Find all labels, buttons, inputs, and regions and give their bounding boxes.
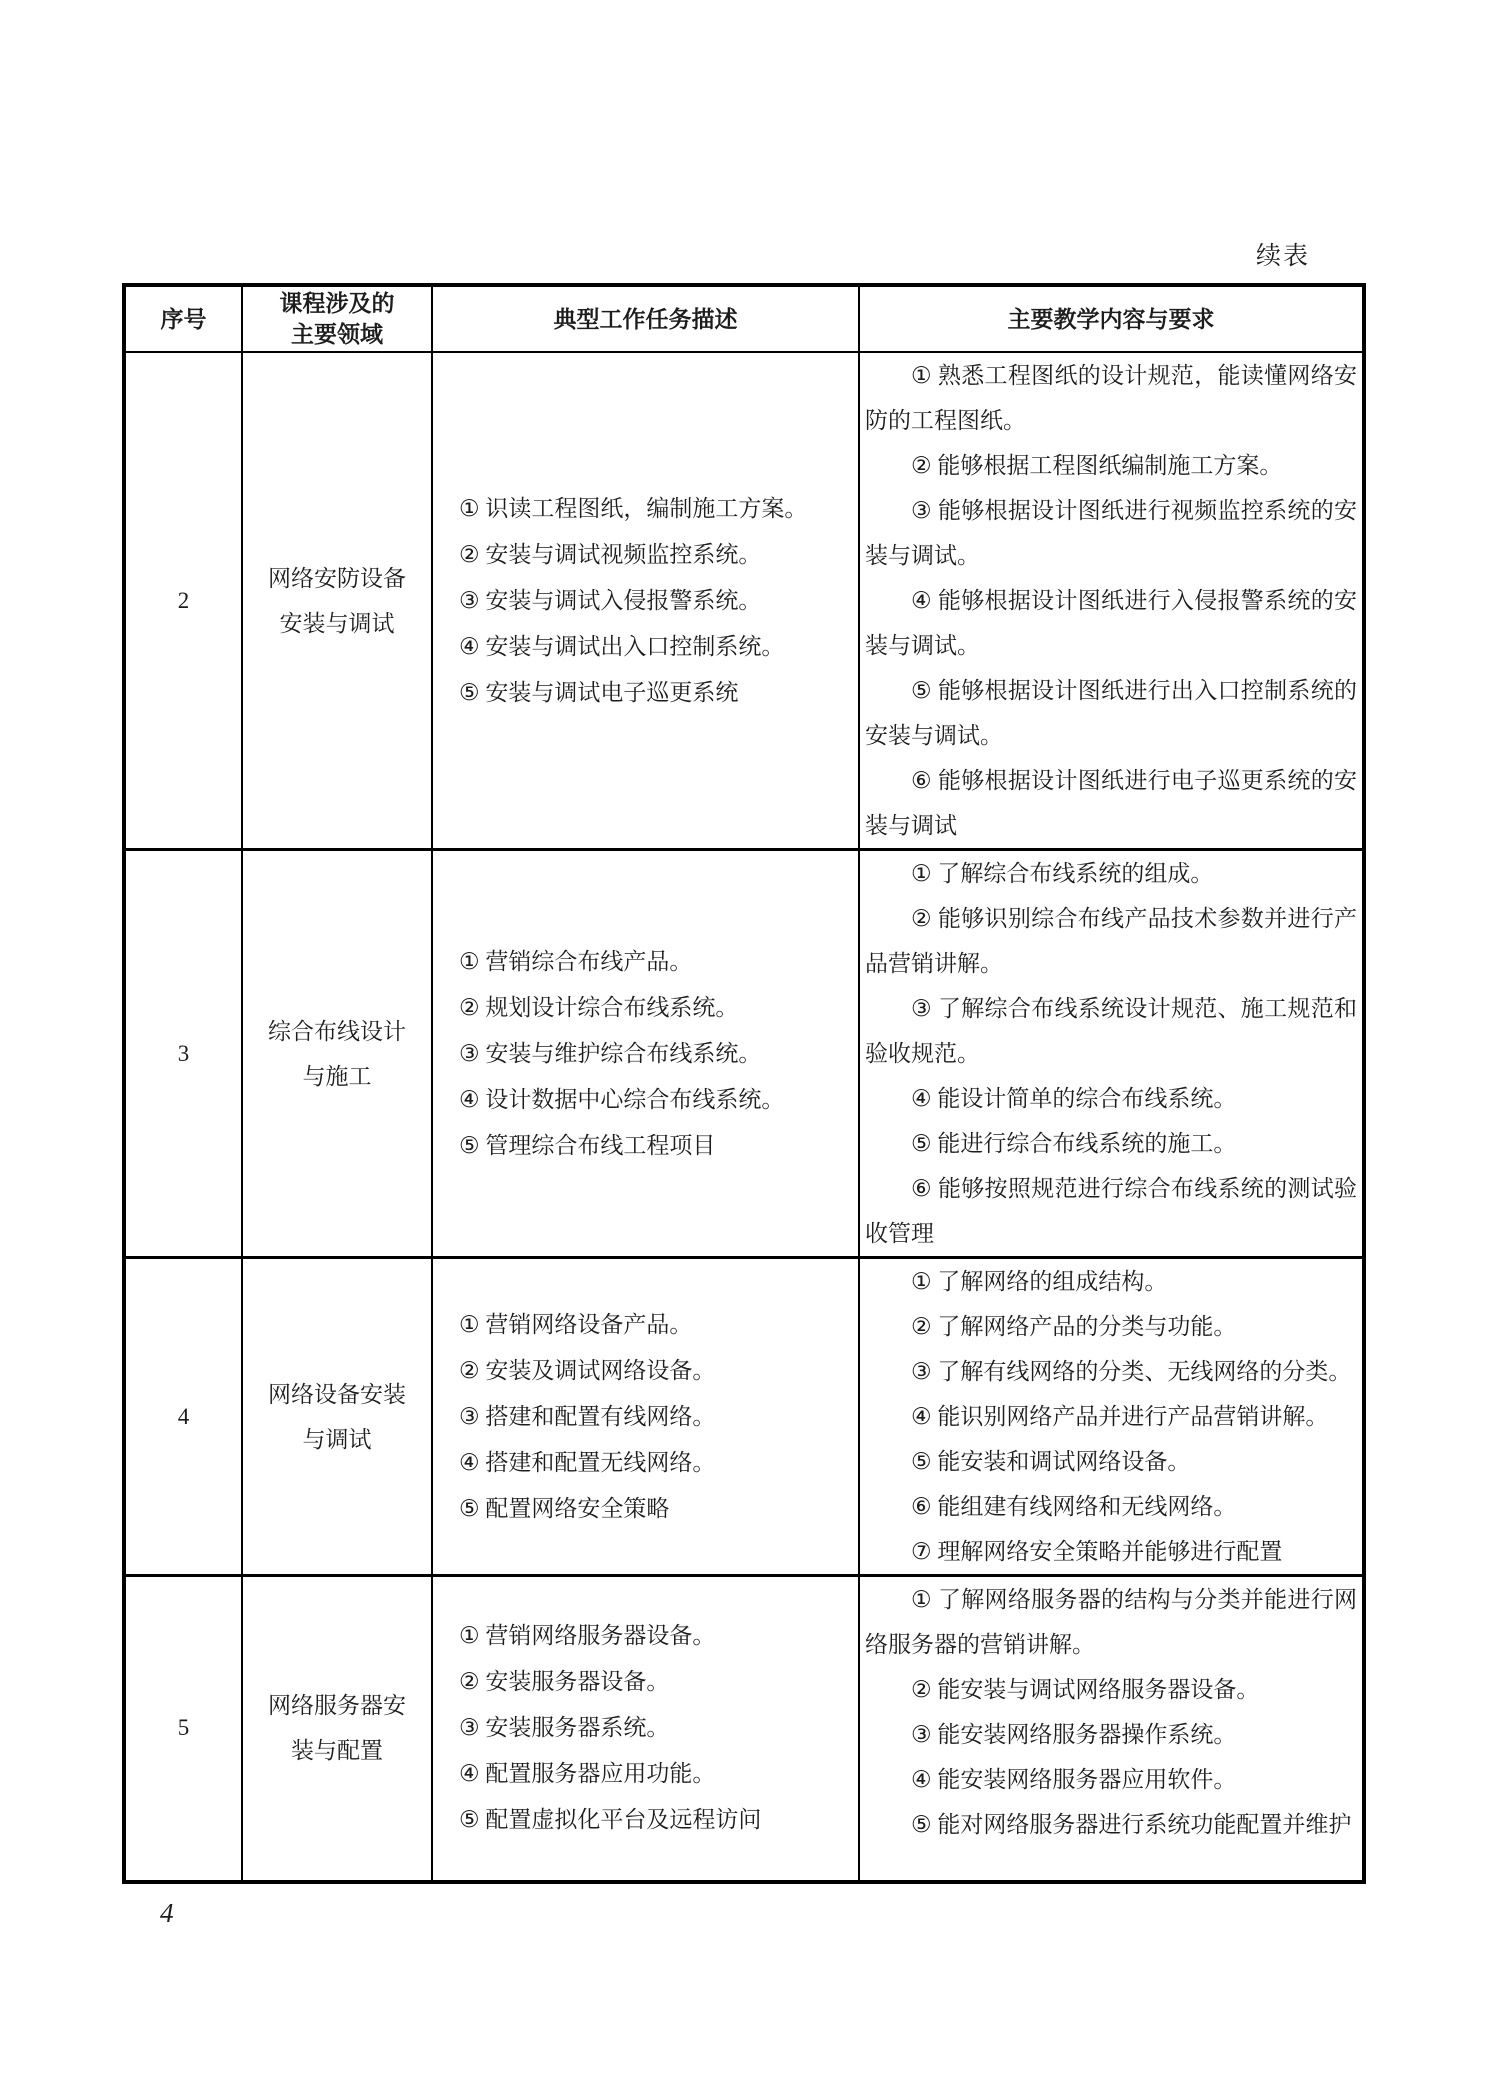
teaching-contents-cell: ① 熟悉工程图纸的设计规范，能读懂网络安防的工程图纸。② 能够根据工程图纸编制施… bbox=[859, 352, 1364, 850]
course-domain-cell: 综合布线设计 与施工 bbox=[242, 850, 432, 1258]
header-cell-tasks: 典型工作任务描述 bbox=[432, 285, 859, 352]
task-item: ③ 安装服务器系统。 bbox=[459, 1705, 858, 1751]
content-item: ⑥ 能够按照规范进行综合布线系统的测试验收管理 bbox=[865, 1166, 1357, 1256]
task-item: ⑤ 安装与调试电子巡更系统 bbox=[459, 670, 858, 716]
teaching-contents-cell: ① 了解网络的组成结构。② 了解网络产品的分类与功能。③ 了解有线网络的分类、无… bbox=[859, 1258, 1364, 1576]
content-item: ① 熟悉工程图纸的设计规范，能读懂网络安防的工程图纸。 bbox=[865, 353, 1357, 443]
task-item: ④ 配置服务器应用功能。 bbox=[459, 1751, 858, 1797]
content-item: ③ 了解有线网络的分类、无线网络的分类。 bbox=[865, 1349, 1357, 1394]
course-domain-cell: 网络服务器安 装与配置 bbox=[242, 1576, 432, 1882]
content-item: ③ 能安装网络服务器操作系统。 bbox=[865, 1712, 1357, 1757]
typical-tasks-cell: ① 营销综合布线产品。② 规划设计综合布线系统。③ 安装与维护综合布线系统。④ … bbox=[432, 850, 859, 1258]
content-item: ① 了解网络服务器的结构与分类并能进行网络服务器的营销讲解。 bbox=[865, 1577, 1357, 1667]
content-item: ② 能安装与调试网络服务器设备。 bbox=[865, 1667, 1357, 1712]
task-item: ① 营销网络设备产品。 bbox=[459, 1302, 858, 1348]
content-item: ⑦ 理解网络安全策略并能够进行配置 bbox=[865, 1529, 1357, 1574]
task-item: ④ 搭建和配置无线网络。 bbox=[459, 1440, 858, 1486]
task-item: ② 安装服务器设备。 bbox=[459, 1659, 858, 1705]
task-item: ② 安装及调试网络设备。 bbox=[459, 1348, 858, 1394]
task-item: ② 规划设计综合布线系统。 bbox=[459, 985, 858, 1031]
task-item: ③ 安装与调试入侵报警系统。 bbox=[459, 578, 858, 624]
content-item: ② 能够根据工程图纸编制施工方案。 bbox=[865, 443, 1357, 488]
task-item: ② 安装与调试视频监控系统。 bbox=[459, 532, 858, 578]
header-cell-contents: 主要教学内容与要求 bbox=[859, 285, 1364, 352]
row-number-cell: 3 bbox=[124, 850, 242, 1258]
content-item: ③ 了解综合布线系统设计规范、施工规范和验收规范。 bbox=[865, 986, 1357, 1076]
row-number-cell: 2 bbox=[124, 352, 242, 850]
task-item: ① 营销综合布线产品。 bbox=[459, 939, 858, 985]
content-item: ④ 能够根据设计图纸进行入侵报警系统的安装与调试。 bbox=[865, 578, 1357, 668]
row-number-cell: 5 bbox=[124, 1576, 242, 1882]
table-body: 2网络安防设备 安装与调试① 识读工程图纸，编制施工方案。② 安装与调试视频监控… bbox=[124, 352, 1364, 1882]
task-item: ⑤ 配置虚拟化平台及远程访问 bbox=[459, 1797, 858, 1843]
curriculum-table: 序号 课程涉及的 主要领域 典型工作任务描述 主要教学内容与要求 2网络安防设备… bbox=[122, 283, 1366, 1884]
course-domain-cell: 网络设备安装 与调试 bbox=[242, 1258, 432, 1576]
content-item: ⑤ 能安装和调试网络设备。 bbox=[865, 1439, 1357, 1484]
task-item: ⑤ 配置网络安全策略 bbox=[459, 1486, 858, 1532]
content-item: ④ 能设计简单的综合布线系统。 bbox=[865, 1076, 1357, 1121]
header-cell-domain: 课程涉及的 主要领域 bbox=[242, 285, 432, 352]
content-item: ① 了解综合布线系统的组成。 bbox=[865, 851, 1357, 896]
row-number-cell: 4 bbox=[124, 1258, 242, 1576]
table-row: 3综合布线设计 与施工① 营销综合布线产品。② 规划设计综合布线系统。③ 安装与… bbox=[124, 850, 1364, 1258]
content-item: ⑤ 能进行综合布线系统的施工。 bbox=[865, 1121, 1357, 1166]
content-item: ⑥ 能够根据设计图纸进行电子巡更系统的安装与调试 bbox=[865, 758, 1357, 848]
task-item: ④ 安装与调试出入口控制系统。 bbox=[459, 624, 858, 670]
header-cell-no: 序号 bbox=[124, 285, 242, 352]
teaching-contents-cell: ① 了解网络服务器的结构与分类并能进行网络服务器的营销讲解。② 能安装与调试网络… bbox=[859, 1576, 1364, 1882]
typical-tasks-cell: ① 营销网络服务器设备。② 安装服务器设备。③ 安装服务器系统。④ 配置服务器应… bbox=[432, 1576, 859, 1882]
content-item: ④ 能安装网络服务器应用软件。 bbox=[865, 1757, 1357, 1802]
content-item: ⑤ 能够根据设计图纸进行出入口控制系统的安装与调试。 bbox=[865, 668, 1357, 758]
task-item: ④ 设计数据中心综合布线系统。 bbox=[459, 1077, 858, 1123]
content-item: ③ 能够根据设计图纸进行视频监控系统的安装与调试。 bbox=[865, 488, 1357, 578]
header-row: 序号 课程涉及的 主要领域 典型工作任务描述 主要教学内容与要求 bbox=[124, 285, 1364, 352]
table-row: 4网络设备安装 与调试① 营销网络设备产品。② 安装及调试网络设备。③ 搭建和配… bbox=[124, 1258, 1364, 1576]
table-header: 序号 课程涉及的 主要领域 典型工作任务描述 主要教学内容与要求 bbox=[124, 285, 1364, 352]
teaching-contents-cell: ① 了解综合布线系统的组成。② 能够识别综合布线产品技术参数并进行产品营销讲解。… bbox=[859, 850, 1364, 1258]
table-row: 2网络安防设备 安装与调试① 识读工程图纸，编制施工方案。② 安装与调试视频监控… bbox=[124, 352, 1364, 850]
task-item: ⑤ 管理综合布线工程项目 bbox=[459, 1123, 858, 1169]
table-row: 5网络服务器安 装与配置① 营销网络服务器设备。② 安装服务器设备。③ 安装服务… bbox=[124, 1576, 1364, 1882]
typical-tasks-cell: ① 营销网络设备产品。② 安装及调试网络设备。③ 搭建和配置有线网络。④ 搭建和… bbox=[432, 1258, 859, 1576]
content-item: ② 了解网络产品的分类与功能。 bbox=[865, 1304, 1357, 1349]
task-item: ③ 搭建和配置有线网络。 bbox=[459, 1394, 858, 1440]
task-item: ① 营销网络服务器设备。 bbox=[459, 1613, 858, 1659]
content-item: ⑤ 能对网络服务器进行系统功能配置并维护 bbox=[865, 1802, 1357, 1847]
content-item: ⑥ 能组建有线网络和无线网络。 bbox=[865, 1484, 1357, 1529]
continuation-table-label: 续表 bbox=[122, 236, 1362, 272]
content-item: ② 能够识别综合布线产品技术参数并进行产品营销讲解。 bbox=[865, 896, 1357, 986]
content-item: ④ 能识别网络产品并进行产品营销讲解。 bbox=[865, 1394, 1357, 1439]
page-number: 4 bbox=[160, 1898, 174, 1929]
content-item: ① 了解网络的组成结构。 bbox=[865, 1259, 1357, 1304]
task-item: ① 识读工程图纸，编制施工方案。 bbox=[459, 486, 858, 532]
typical-tasks-cell: ① 识读工程图纸，编制施工方案。② 安装与调试视频监控系统。③ 安装与调试入侵报… bbox=[432, 352, 859, 850]
task-item: ③ 安装与维护综合布线系统。 bbox=[459, 1031, 858, 1077]
course-domain-cell: 网络安防设备 安装与调试 bbox=[242, 352, 432, 850]
